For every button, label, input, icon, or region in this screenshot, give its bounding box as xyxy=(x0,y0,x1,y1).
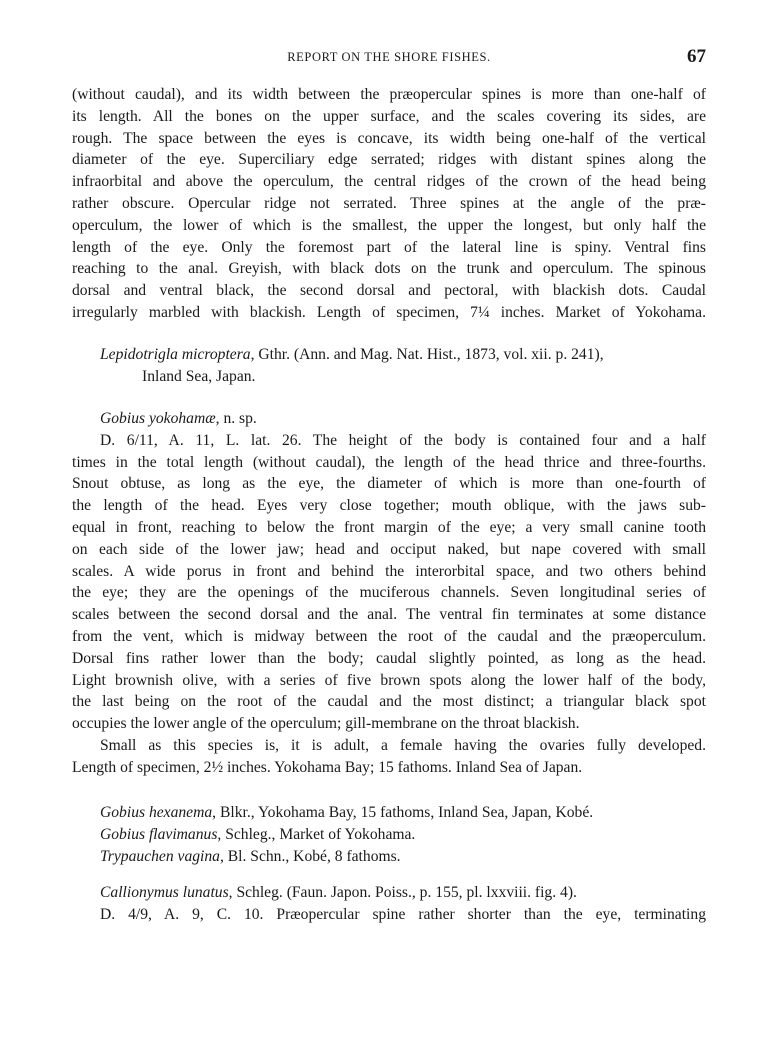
species-name: Trypauchen vagina xyxy=(100,848,220,865)
text-line: on each side of the lower jaw; head and … xyxy=(72,539,706,561)
text-line: D. 6/11, A. 11, L. lat. 26. The height o… xyxy=(72,430,706,452)
species-heading: Callionymus lunatus, Schleg. (Faun. Japo… xyxy=(72,882,706,904)
text-line: Length of specimen, 2½ inches. Yokohama … xyxy=(72,757,706,779)
species-entry-callionymus: Callionymus lunatus, Schleg. (Faun. Japo… xyxy=(72,882,706,926)
text-line: rather obscure. Opercular ridge not serr… xyxy=(72,193,706,215)
species-name: Callionymus lunatus xyxy=(100,884,229,901)
species-name: Gobius hexanema xyxy=(100,804,212,821)
text-line: infraorbital and above the operculum, th… xyxy=(72,171,706,193)
record-line: Trypauchen vagina, Bl. Schn., Kobé, 8 fa… xyxy=(72,846,706,868)
text-line: (without caudal), and its width between … xyxy=(72,84,706,106)
species-records-list: Gobius hexanema, Blkr., Yokohama Bay, 15… xyxy=(72,802,706,867)
species-name: Lepidotrigla microptera xyxy=(100,346,251,363)
page-header: REPORT ON THE SHORE FISHES. 67 xyxy=(72,46,706,70)
text-line: equal in front, reaching to below the fr… xyxy=(72,517,706,539)
text-line: Lepidotrigla microptera, Gthr. (Ann. and… xyxy=(72,344,706,366)
text-line: length of the eye. Only the foremost par… xyxy=(72,237,706,259)
running-title: REPORT ON THE SHORE FISHES. xyxy=(72,50,706,65)
species-name: Gobius yokohamæ xyxy=(100,410,216,427)
text-line: Light brownish olive, with a series of f… xyxy=(72,670,706,692)
page-number: 67 xyxy=(687,46,706,68)
species-entry-gobius-yokohamae: Gobius yokohamæ, n. sp. D. 6/11, A. 11, … xyxy=(72,408,706,779)
text-line: Inland Sea, Japan. xyxy=(72,366,706,388)
text-line: operculum, the lower of which is the sma… xyxy=(72,215,706,237)
text-line: Small as this species is, it is adult, a… xyxy=(72,735,706,757)
text-line: from the vent, which is midway between t… xyxy=(72,626,706,648)
text-line: the eye; they are the openings of the mu… xyxy=(72,582,706,604)
text-line: scales. A wide porus in front and behind… xyxy=(72,561,706,583)
text-line: reaching to the anal. Greyish, with blac… xyxy=(72,258,706,280)
text-line: dorsal and ventral black, the second dor… xyxy=(72,280,706,302)
paragraph-continued-description: (without caudal), and its width between … xyxy=(72,84,706,324)
species-name: Gobius flavimanus xyxy=(100,826,217,843)
text-line: rough. The space between the eyes is con… xyxy=(72,128,706,150)
text-line: scales between the second dorsal and the… xyxy=(72,604,706,626)
text-line: D. 4/9, A. 9, C. 10. Præopercular spine … xyxy=(72,904,706,926)
record-line: Gobius hexanema, Blkr., Yokohama Bay, 15… xyxy=(72,802,706,824)
text-line: occupies the lower angle of the operculu… xyxy=(72,713,706,735)
text-line: irregularly marbled with blackish. Lengt… xyxy=(72,302,706,324)
text-line: times in the total length (without cauda… xyxy=(72,452,706,474)
text-line: the last being on the root of the caudal… xyxy=(72,691,706,713)
species-heading: Gobius yokohamæ, n. sp. xyxy=(72,408,706,430)
text-line: the length of the head. Eyes very close … xyxy=(72,495,706,517)
text-line: diameter of the eye. Superciliary edge s… xyxy=(72,149,706,171)
species-entry-lepidotrigla: Lepidotrigla microptera, Gthr. (Ann. and… xyxy=(72,344,706,388)
text-line: Dorsal fins rather lower than the body; … xyxy=(72,648,706,670)
text-line: Snout obtuse, as long as the eye, the di… xyxy=(72,473,706,495)
record-line: Gobius flavimanus, Schleg., Market of Yo… xyxy=(72,824,706,846)
text-line: its length. All the bones on the upper s… xyxy=(72,106,706,128)
